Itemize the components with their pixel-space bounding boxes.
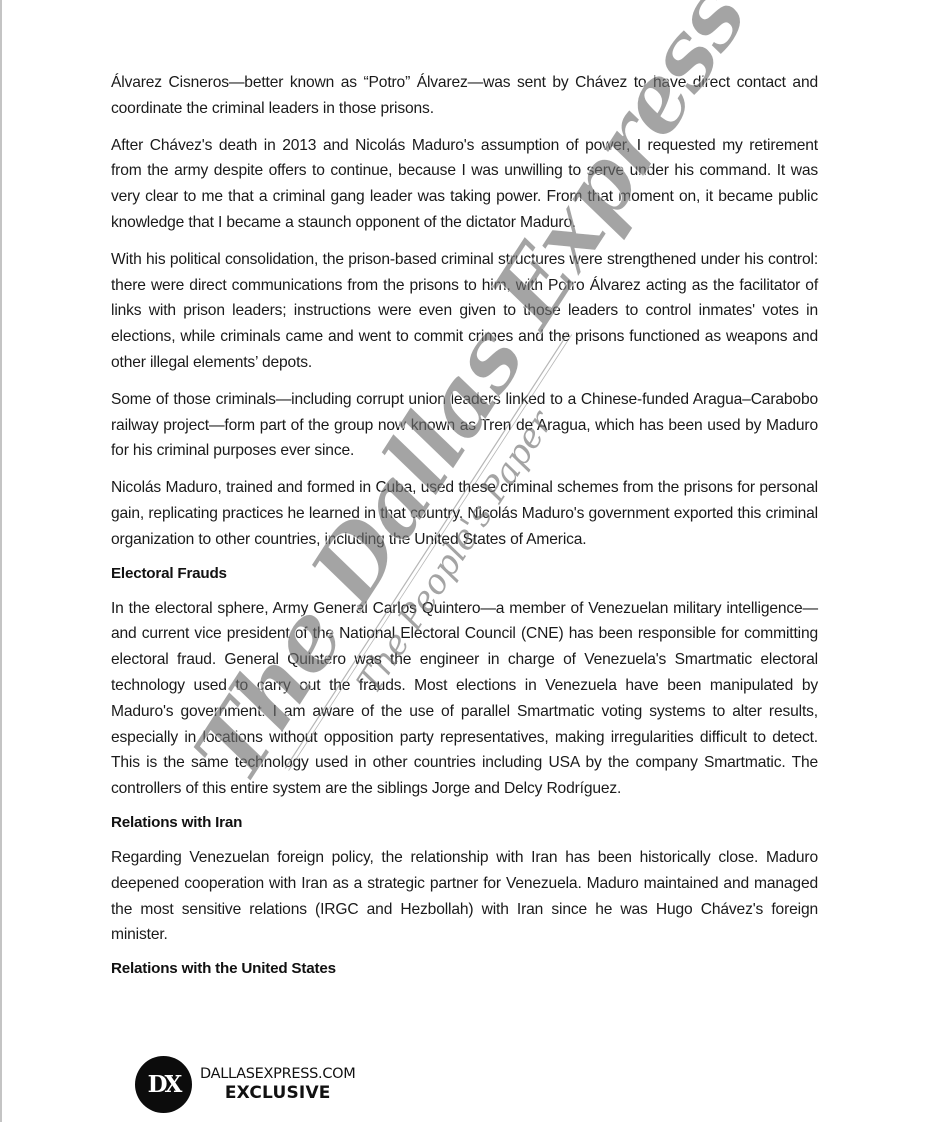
paragraph: With his political consolidation, the pr… [111, 247, 818, 376]
section-heading-electoral-frauds: Electoral Frauds [111, 564, 818, 584]
dx-monogram-icon: DX [135, 1056, 192, 1113]
paragraph: Some of those criminals—including corrup… [111, 387, 818, 464]
paragraph: In the electoral sphere, Army General Ca… [111, 596, 818, 802]
paragraph: Regarding Venezuelan foreign policy, the… [111, 845, 818, 948]
page-edge [0, 0, 2, 1122]
brand-site: DALLASEXPRESS.COM [200, 1066, 355, 1083]
paragraph: Álvarez Cisneros—better known as “Potro”… [111, 70, 818, 122]
paragraph: Nicolás Maduro, trained and formed in Cu… [111, 475, 818, 552]
brand-text: DALLASEXPRESS.COM EXCLUSIVE [200, 1066, 355, 1103]
paragraph: After Chávez's death in 2013 and Nicolás… [111, 133, 818, 236]
section-heading-relations-iran: Relations with Iran [111, 813, 818, 833]
document-body: Álvarez Cisneros—better known as “Potro”… [111, 70, 818, 991]
section-heading-relations-us: Relations with the United States [111, 959, 818, 979]
brand-tag: EXCLUSIVE [225, 1083, 331, 1103]
brand-badge: DX DALLASEXPRESS.COM EXCLUSIVE [135, 1054, 355, 1114]
